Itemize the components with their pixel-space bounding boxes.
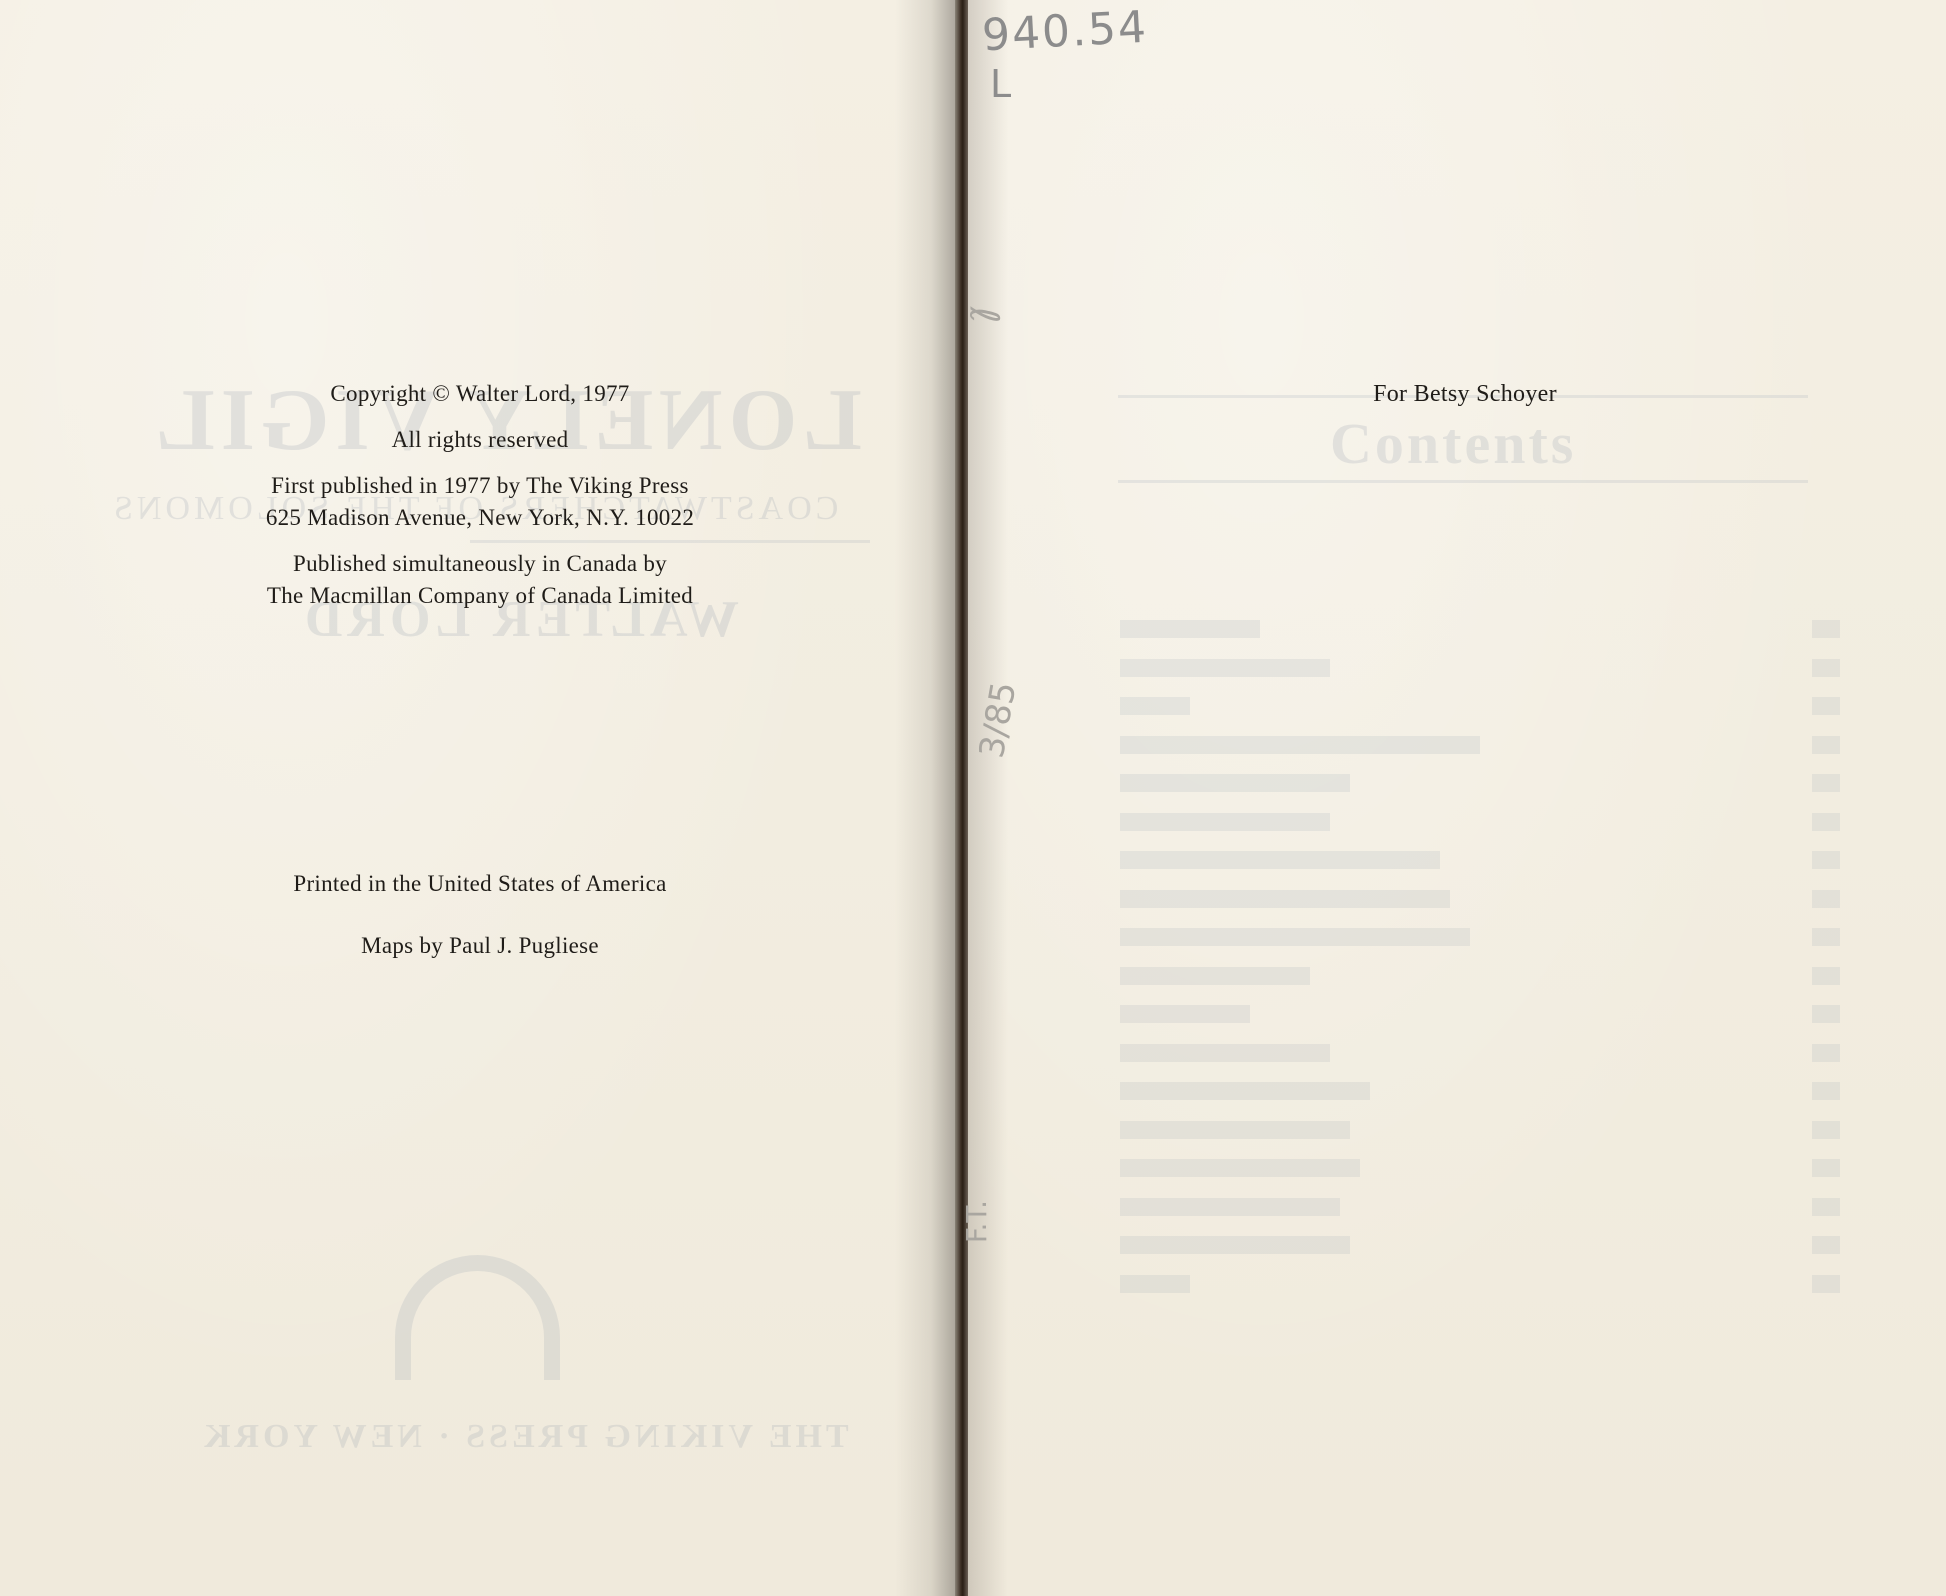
dedication: For Betsy Schoyer bbox=[1300, 378, 1630, 410]
bleed-through-row bbox=[1120, 620, 1840, 638]
bleed-through-row bbox=[1120, 1275, 1840, 1293]
bleed-through-row bbox=[1120, 1121, 1840, 1139]
bleed-through-row bbox=[1120, 659, 1840, 677]
bleed-through-row bbox=[1120, 967, 1840, 985]
canada-publisher-line: The Macmillan Company of Canada Limited bbox=[220, 580, 740, 612]
bleed-through-row bbox=[1120, 1044, 1840, 1062]
bleed-through-rule bbox=[1118, 480, 1808, 483]
bleed-through-publisher-logo bbox=[395, 1255, 560, 1380]
bleed-through-row bbox=[1120, 1005, 1840, 1023]
pencil-initials-mark: F.T. bbox=[960, 1200, 993, 1243]
bleed-through-row bbox=[1120, 890, 1840, 908]
bleed-through-row bbox=[1120, 736, 1840, 754]
left-page: LONELY VIGIL COASTWATCHERS OF THE SOLOMO… bbox=[0, 0, 955, 1596]
handwritten-call-number: 940.54 bbox=[981, 2, 1149, 62]
copyright-block: Copyright © Walter Lord, 1977 All rights… bbox=[220, 378, 740, 612]
canada-line: Published simultaneously in Canada by bbox=[220, 548, 740, 580]
bleed-through-row bbox=[1120, 928, 1840, 946]
handwritten-call-letter: L bbox=[990, 62, 1013, 106]
maps-credit-line: Maps by Paul J. Pugliese bbox=[200, 930, 760, 962]
rights-line: All rights reserved bbox=[220, 424, 740, 456]
bleed-through-row bbox=[1120, 813, 1840, 831]
bleed-through-row bbox=[1120, 774, 1840, 792]
publisher-address-line: 625 Madison Avenue, New York, N.Y. 10022 bbox=[220, 502, 740, 534]
right-page bbox=[968, 0, 1946, 1596]
pencil-mark: ℓ bbox=[960, 307, 1006, 324]
printing-credits: Printed in the United States of America … bbox=[200, 868, 760, 962]
bleed-through-row bbox=[1120, 1236, 1840, 1254]
bleed-through-row bbox=[1120, 1082, 1840, 1100]
bleed-through-row bbox=[1120, 1198, 1840, 1216]
bleed-through-imprint: THE VIKING PRESS · NEW YORK bbox=[200, 1418, 849, 1456]
printed-in-line: Printed in the United States of America bbox=[200, 868, 760, 900]
bleed-through-row bbox=[1120, 697, 1840, 715]
bleed-through-row bbox=[1120, 1159, 1840, 1177]
book-spine bbox=[955, 0, 968, 1596]
publisher-line: First published in 1977 by The Viking Pr… bbox=[220, 470, 740, 502]
bleed-through-row bbox=[1120, 851, 1840, 869]
copyright-line: Copyright © Walter Lord, 1977 bbox=[220, 378, 740, 410]
